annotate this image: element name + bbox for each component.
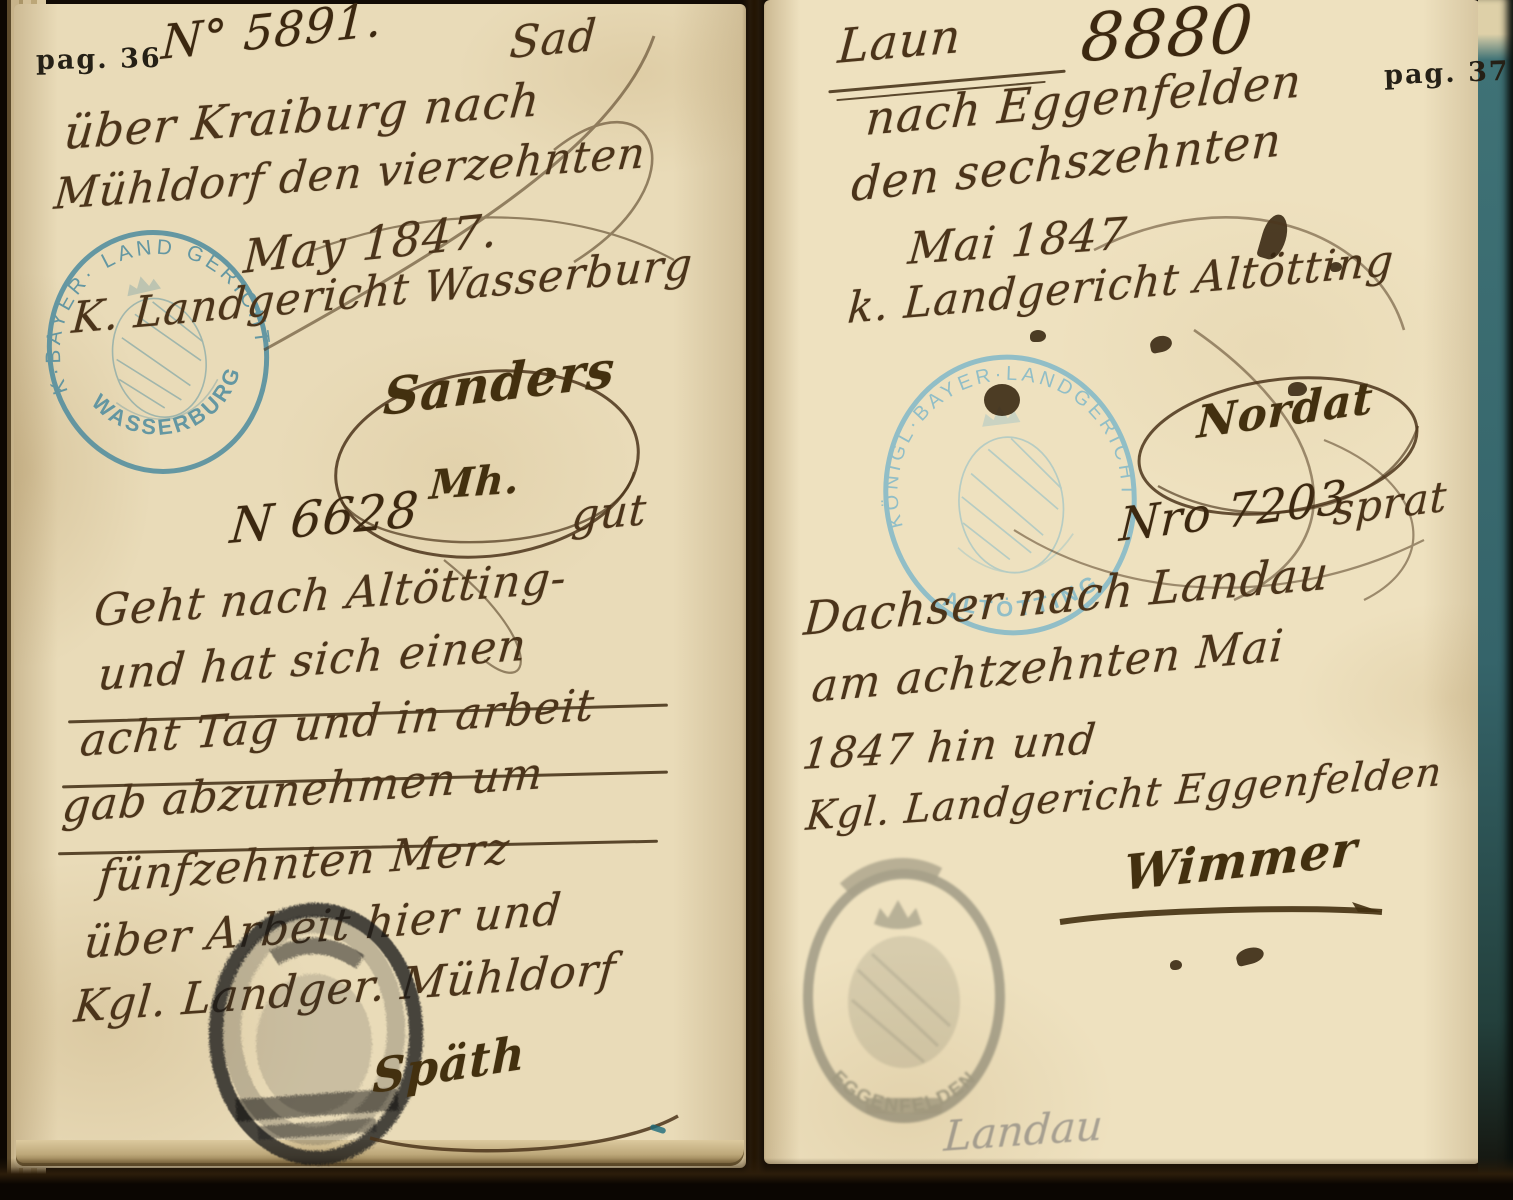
book-cover-right: [1478, 0, 1513, 1200]
ink-flourish-left: [14, 0, 746, 1164]
ink-flourish-right: [764, 0, 1480, 1164]
wanderbuch-open-scan: pag. 36 K·BAYER· LAND GERICHT WASSERBURG…: [0, 0, 1513, 1200]
